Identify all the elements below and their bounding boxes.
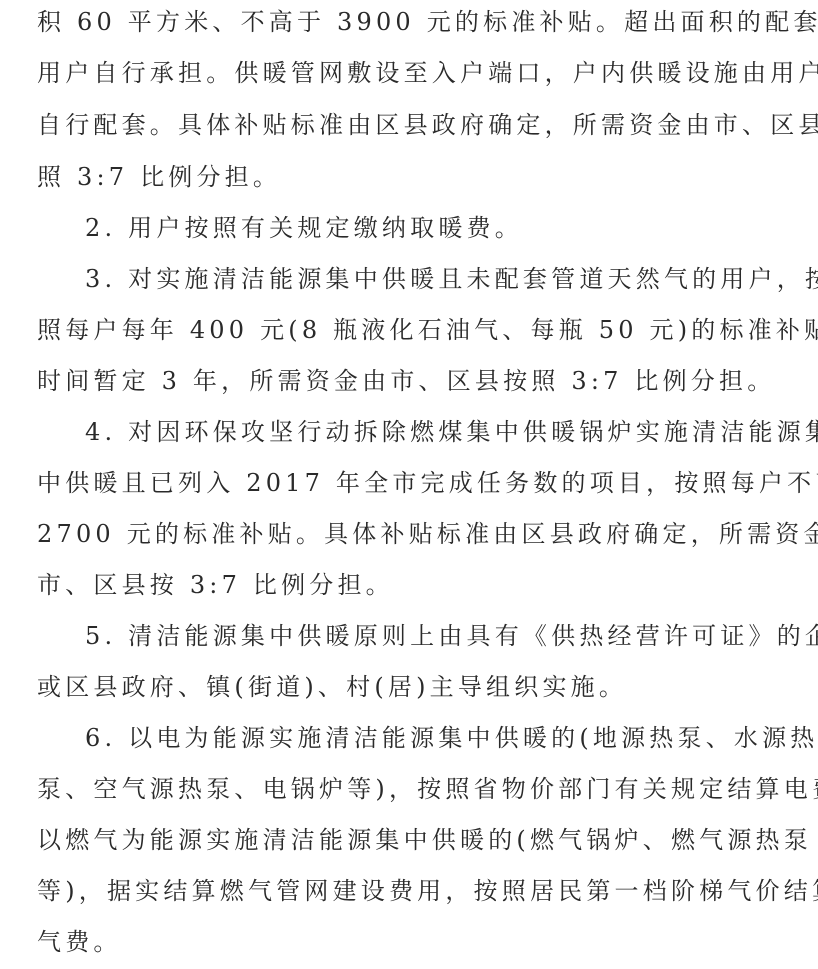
text-line: 或区县政府、镇(街道)、村(居)主导组织实施。 (37, 662, 802, 712)
text-line: 用户自行承担。供暖管网敷设至入户端口，户内供暖设施由用户 (37, 48, 802, 98)
paragraph-3-line: 3. 对实施清洁能源集中供暖且未配套管道天然气的用户，按 (85, 254, 802, 304)
text-line: 等)，据实结算燃气管网建设费用，按照居民第一档阶梯气价结算 (37, 866, 802, 916)
text-line: 照 3:7 比例分担。 (37, 152, 802, 202)
text-line: 泵、空气源热泵、电锅炉等)，按照省物价部门有关规定结算电费。 (37, 764, 802, 814)
paragraph-6-line: 6. 以电为能源实施清洁能源集中供暖的(地源热泵、水源热 (85, 713, 802, 763)
text-line: 市、区县按 3:7 比例分担。 (37, 560, 802, 610)
text-line: 以燃气为能源实施清洁能源集中供暖的(燃气锅炉、燃气源热泵 (37, 815, 802, 865)
text-line: 时间暂定 3 年，所需资金由市、区县按照 3:7 比例分担。 (37, 356, 802, 406)
paragraph-5-line: 5. 清洁能源集中供暖原则上由具有《供热经营许可证》的企业 (85, 611, 802, 661)
text-line: 2700 元的标准补贴。具体补贴标准由区县政府确定，所需资金由 (37, 509, 802, 559)
text-line: 自行配套。具体补贴标准由区县政府确定，所需资金由市、区县按 (37, 100, 802, 150)
paragraph-4-line: 4. 对因环保攻坚行动拆除燃煤集中供暖锅炉实施清洁能源集 (85, 407, 802, 457)
text-line: 气费。 (37, 917, 802, 967)
text-line: 积 60 平方米、不高于 3900 元的标准补贴。超出面积的配套费由 (37, 0, 802, 47)
text-line: 中供暖且已列入 2017 年全市完成任务数的项目，按照每户不高于 (37, 458, 802, 508)
text-line: 照每户每年 400 元(8 瓶液化石油气、每瓶 50 元)的标准补贴，补贴 (37, 305, 802, 355)
paragraph-2-line: 2. 用户按照有关规定缴纳取暖费。 (85, 203, 802, 253)
